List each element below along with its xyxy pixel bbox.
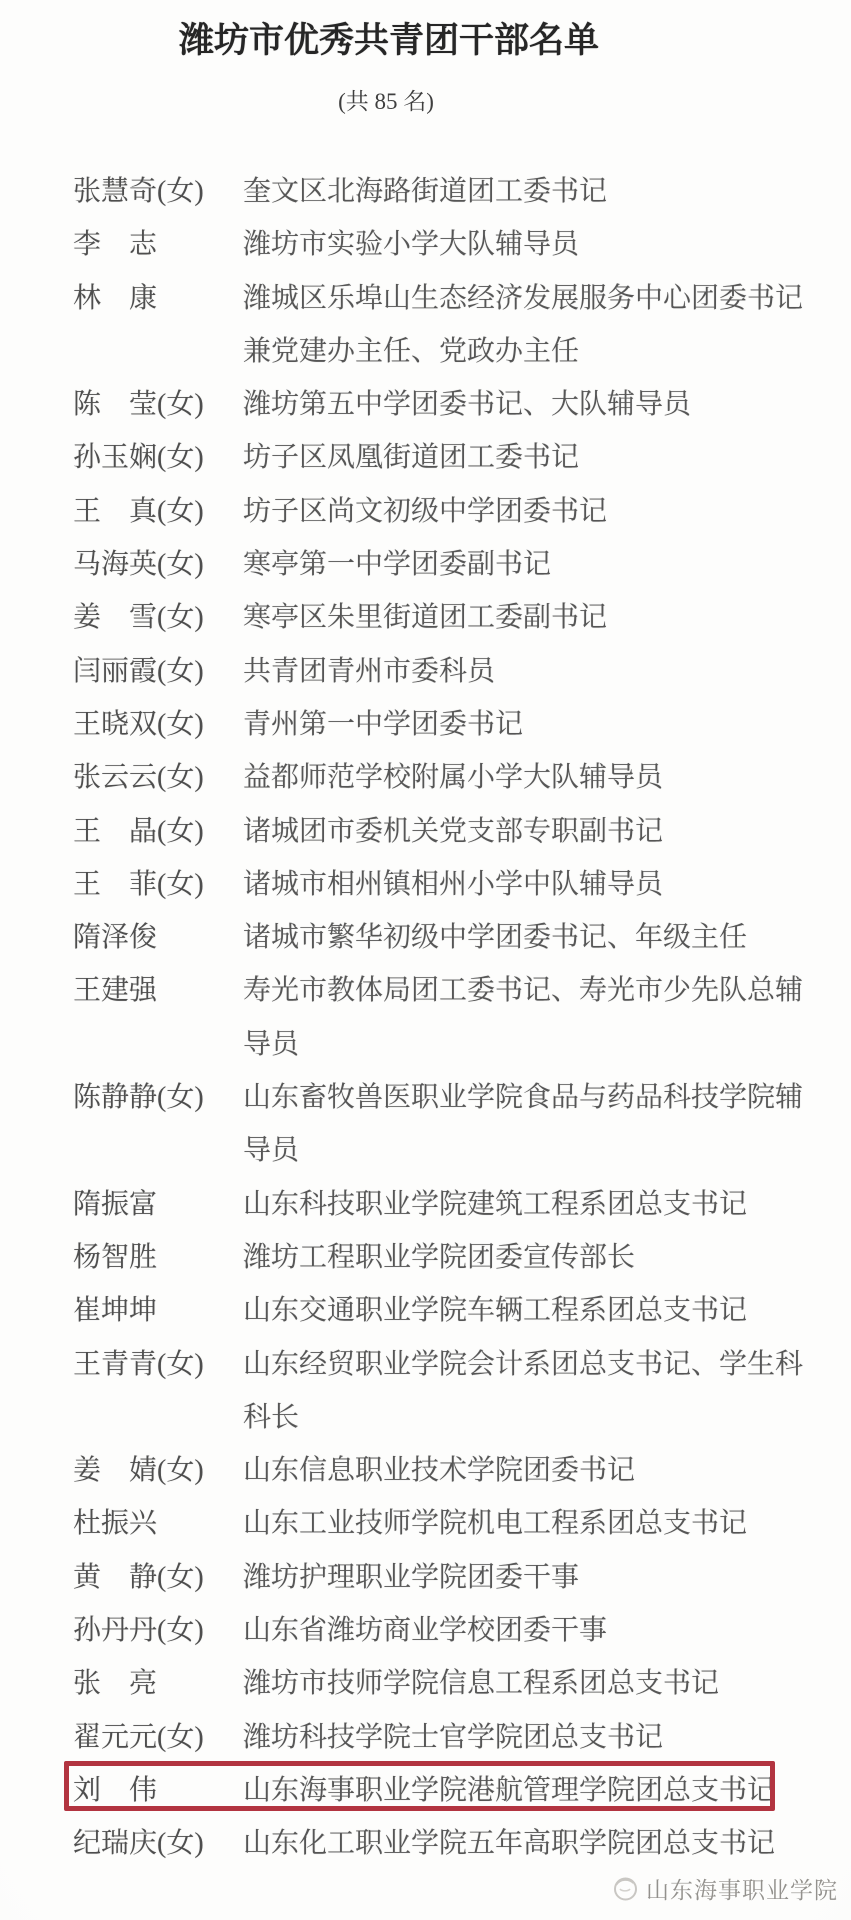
cadre-position: 潍坊市技师学院信息工程系团总支书记 [243,1657,811,1710]
cadre-position: 山东省潍坊商业学校团委干事 [243,1604,811,1657]
page-title: 潍坊市优秀共青团干部名单 [0,18,778,64]
cadre-name: 翟元元(女) [73,1711,243,1764]
cadre-position: 潍坊第五中学团委书记、大队辅导员 [243,378,811,431]
list-item: 陈静静(女) 山东畜牧兽医职业学院食品与药品科技学院辅 导员 [73,1071,815,1178]
list-item: 孙玉娴(女) 坊子区凤凰街道团工委书记 [73,431,815,484]
list-item: 闫丽霞(女) 共青团青州市委科员 [73,645,815,698]
cadre-name: 隋泽俊 [73,911,243,964]
list-item: 崔坤坤 山东交通职业学院车辆工程系团总支书记 [73,1284,815,1337]
list-item: 黄 静(女) 潍坊护理职业学院团委干事 [73,1551,815,1604]
cadre-name: 崔坤坤 [73,1284,243,1337]
cadre-name: 王 真(女) [73,485,243,538]
cadre-position: 潍坊护理职业学院团委干事 [243,1551,811,1604]
list-item: 张 亮 潍坊市技师学院信息工程系团总支书记 [73,1657,815,1710]
cadre-position: 山东科技职业学院建筑工程系团总支书记 [243,1178,811,1231]
cadre-position: 山东交通职业学院车辆工程系团总支书记 [243,1284,811,1337]
cadre-name: 王 晶(女) [73,805,243,858]
cadre-name: 纪瑞庆(女) [73,1817,243,1870]
cadre-name: 林 康 [73,272,243,325]
cadre-position: 潍城区乐埠山生态经济发展服务中心团委书记 兼党建办主任、党政办主任 [243,272,811,379]
cadre-position: 山东经贸职业学院会计系团总支书记、学生科 科长 [243,1338,811,1445]
cadre-position: 奎文区北海路街道团工委书记 [243,165,811,218]
list-item: 王 晶(女) 诸城团市委机关党支部专职副书记 [73,805,815,858]
cadre-position: 寒亭区朱里街道团工委副书记 [243,591,811,644]
cadre-position: 青州第一中学团委书记 [243,698,811,751]
list-item: 翟元元(女) 潍坊科技学院士官学院团总支书记 [73,1711,815,1764]
list-item: 林 康 潍城区乐埠山生态经济发展服务中心团委书记 兼党建办主任、党政办主任 [73,272,815,379]
cadre-position: 山东畜牧兽医职业学院食品与药品科技学院辅 导员 [243,1071,811,1178]
list-item: 王青青(女) 山东经贸职业学院会计系团总支书记、学生科 科长 [73,1338,815,1445]
cadre-position: 寒亭第一中学团委副书记 [243,538,811,591]
school-logo-icon [612,1875,639,1902]
cadre-position: 诸城市相州镇相州小学中队辅导员 [243,858,811,911]
cadre-name: 陈 莹(女) [73,378,243,431]
watermark-text: 山东海事职业学院 [646,1872,838,1905]
cadre-position: 山东工业技师学院机电工程系团总支书记 [243,1497,811,1550]
page-subtitle: (共 85 名) [0,86,772,118]
cadre-position: 山东信息职业技术学院团委书记 [243,1444,811,1497]
list-item: 姜 雪(女) 寒亭区朱里街道团工委副书记 [73,591,815,644]
cadre-name: 杨智胜 [73,1231,243,1284]
list-item: 纪瑞庆(女) 山东化工职业学院五年高职学院团总支书记 [73,1817,815,1870]
cadre-name: 黄 静(女) [73,1551,243,1604]
cadre-name: 李 志 [73,218,243,271]
cadre-name: 王青青(女) [73,1338,243,1391]
list-item: 隋振富 山东科技职业学院建筑工程系团总支书记 [73,1178,815,1231]
list-item: 杜振兴 山东工业技师学院机电工程系团总支书记 [73,1497,815,1550]
cadre-name: 刘 伟 [73,1764,243,1817]
cadre-name: 孙玉娴(女) [73,431,243,484]
list-item: 李 志 潍坊市实验小学大队辅导员 [73,218,815,271]
list-item: 刘 伟 山东海事职业学院港航管理学院团总支书记 [73,1764,815,1817]
watermark: 山东海事职业学院 [612,1872,838,1905]
list-item: 王 真(女) 坊子区尚文初级中学团委书记 [73,485,815,538]
cadre-position: 共青团青州市委科员 [243,645,811,698]
cadre-position: 诸城团市委机关党支部专职副书记 [243,805,811,858]
list-item: 王建强 寿光市教体局团工委书记、寿光市少先队总辅 导员 [73,964,815,1071]
cadre-name: 王 菲(女) [73,858,243,911]
cadre-position: 益都师范学校附属小学大队辅导员 [243,751,811,804]
cadre-name: 王建强 [73,964,243,1017]
cadre-name: 王晓双(女) [73,698,243,751]
list-item: 王晓双(女) 青州第一中学团委书记 [73,698,815,751]
list-item: 张慧奇(女) 奎文区北海路街道团工委书记 [73,165,815,218]
cadre-name: 姜 雪(女) [73,591,243,644]
cadre-position: 潍坊市实验小学大队辅导员 [243,218,811,271]
cadre-name: 张云云(女) [73,751,243,804]
cadre-position: 山东海事职业学院港航管理学院团总支书记 [243,1764,811,1817]
list-item: 隋泽俊 诸城市繁华初级中学团委书记、年级主任 [73,911,815,964]
cadre-position: 坊子区尚文初级中学团委书记 [243,485,811,538]
cadre-position: 山东化工职业学院五年高职学院团总支书记 [243,1817,811,1870]
cadre-name: 孙丹丹(女) [73,1604,243,1657]
list-item: 张云云(女) 益都师范学校附属小学大队辅导员 [73,751,815,804]
cadre-name: 隋振富 [73,1178,243,1231]
cadre-position: 寿光市教体局团工委书记、寿光市少先队总辅 导员 [243,964,811,1071]
list-item: 姜 婧(女) 山东信息职业技术学院团委书记 [73,1444,815,1497]
cadre-position: 潍坊科技学院士官学院团总支书记 [243,1711,811,1764]
cadre-position: 诸城市繁华初级中学团委书记、年级主任 [243,911,811,964]
list-item: 陈 莹(女) 潍坊第五中学团委书记、大队辅导员 [73,378,815,431]
cadre-position: 潍坊工程职业学院团委宣传部长 [243,1231,811,1284]
list-item: 杨智胜 潍坊工程职业学院团委宣传部长 [73,1231,815,1284]
cadre-name: 闫丽霞(女) [73,645,243,698]
list-item: 王 菲(女) 诸城市相州镇相州小学中队辅导员 [73,858,815,911]
cadre-list: 张慧奇(女) 奎文区北海路街道团工委书记 李 志 潍坊市实验小学大队辅导员 林 … [73,165,815,1871]
cadre-name: 张慧奇(女) [73,165,243,218]
cadre-name: 姜 婧(女) [73,1444,243,1497]
cadre-name: 陈静静(女) [73,1071,243,1124]
cadre-name: 马海英(女) [73,538,243,591]
list-item: 孙丹丹(女) 山东省潍坊商业学校团委干事 [73,1604,815,1657]
cadre-position: 坊子区凤凰街道团工委书记 [243,431,811,484]
list-item: 马海英(女) 寒亭第一中学团委副书记 [73,538,815,591]
cadre-name: 杜振兴 [73,1497,243,1550]
document-page: 潍坊市优秀共青团干部名单 (共 85 名) 张慧奇(女) 奎文区北海路街道团工委… [0,0,851,1920]
cadre-name: 张 亮 [73,1657,243,1710]
